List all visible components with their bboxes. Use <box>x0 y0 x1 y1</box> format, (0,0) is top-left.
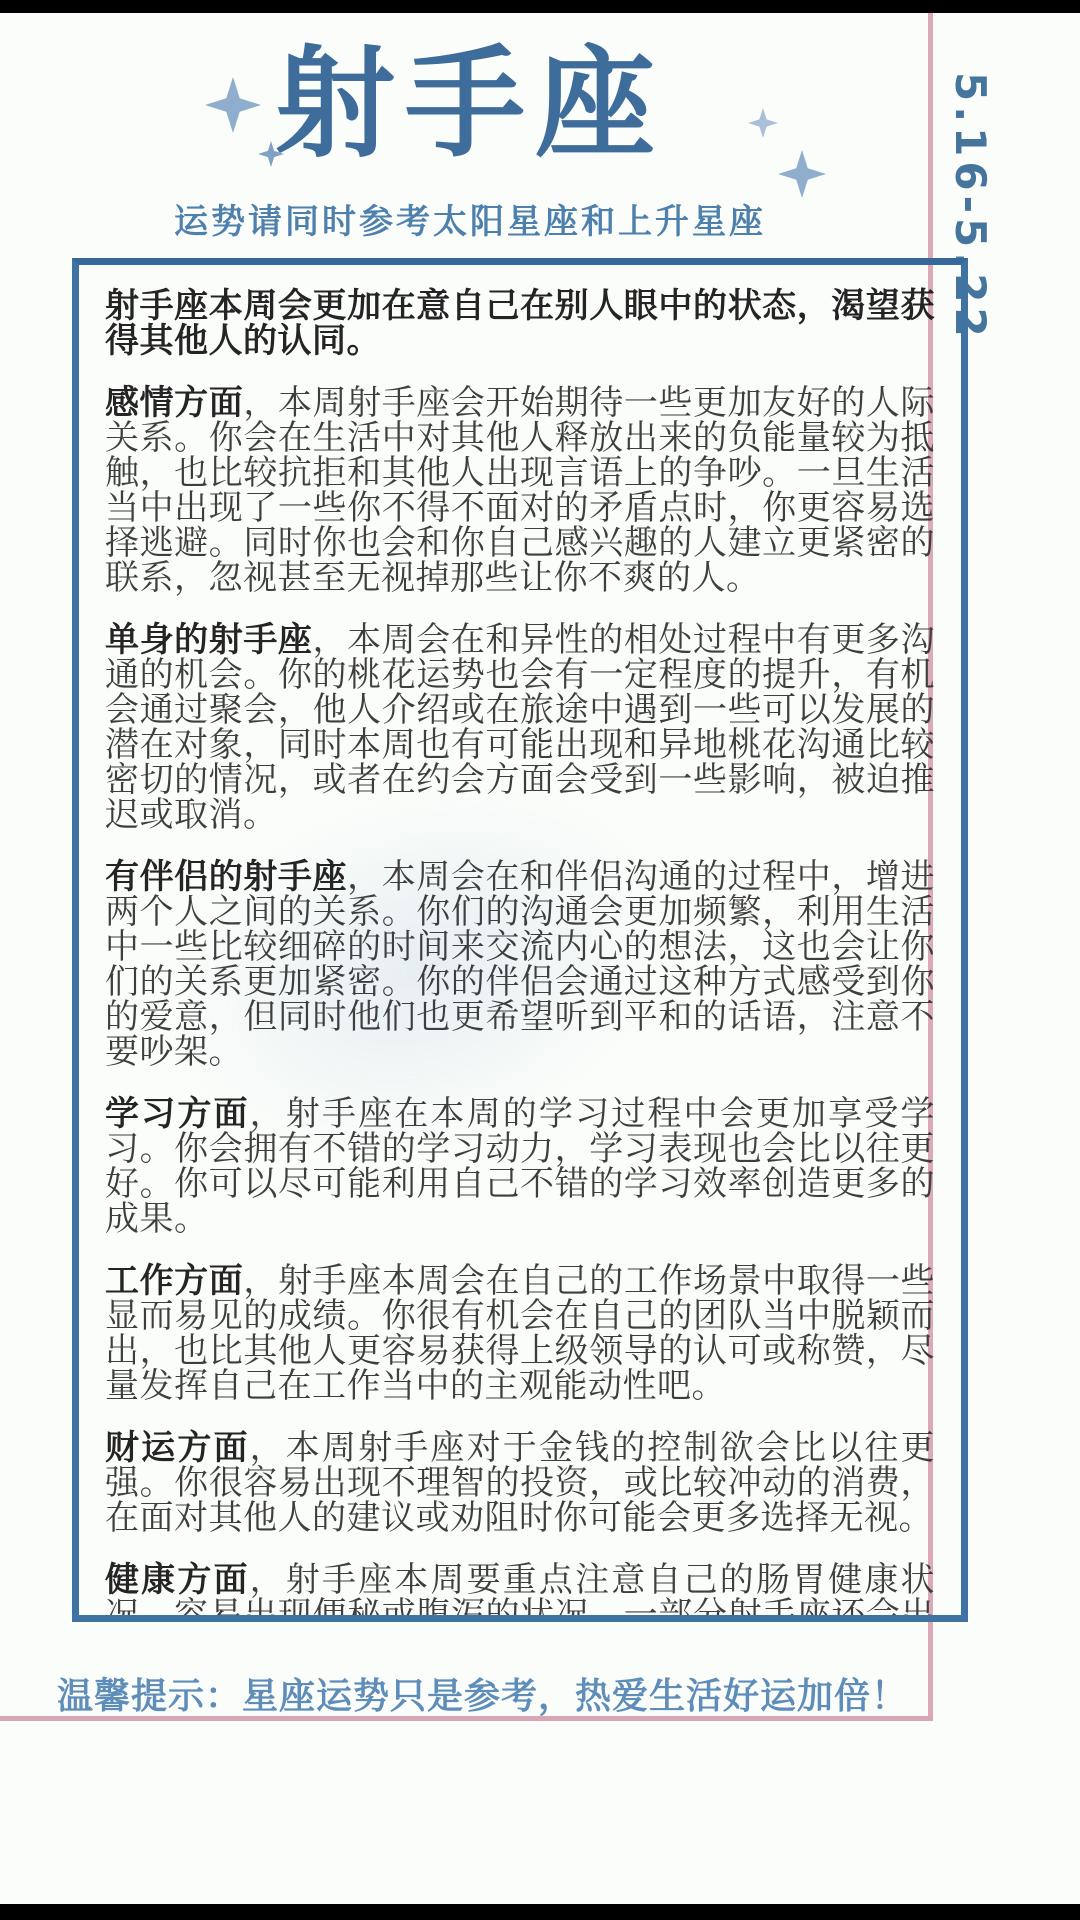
section-single-label: 单身的射手座 <box>105 620 313 660</box>
section-study-label: 学习方面 <box>105 1094 250 1134</box>
section-love-label: 感情方面 <box>105 383 243 423</box>
sparkle-icon <box>778 145 826 203</box>
section-love: 感情方面，本周射手座会开始期待一些更加友好的人际关系。你会在生活中对其他人释放出… <box>105 386 935 596</box>
section-health: 健康方面，射手座本周要重点注意自己的肠胃健康状况，容易出现便秘或腹泻的状况。一部… <box>105 1563 935 1622</box>
section-single: 单身的射手座，本周会在和异性的相处过程中有更多沟通的机会。你的桃花运势也会有一定… <box>105 623 935 833</box>
sparkle-icon <box>205 70 261 140</box>
footer-tip: 温馨提示：星座运势只是参考，热爱生活好运加倍！ <box>0 1668 908 1719</box>
section-coupled: 有伴侣的射手座，本周会在和伴侣沟通的过程中，增进两个人之间的关系。你们的沟通会更… <box>105 860 935 1070</box>
section-wealth-label: 财运方面 <box>105 1428 250 1468</box>
sparkle-icon <box>258 138 284 170</box>
section-coupled-label: 有伴侣的射手座 <box>105 857 347 897</box>
horoscope-poster: 射手座 运势请同时参考太阳星座和上升星座 5.16-5.22 射手座本周会更加在… <box>0 0 1080 1920</box>
header: 射手座 运势请同时参考太阳星座和上升星座 <box>0 30 940 243</box>
section-study: 学习方面，射手座在本周的学习过程中会更加享受学习。你会拥有不错的学习动力，学习表… <box>105 1097 935 1237</box>
bottom-letterbox-bar <box>0 1904 1080 1920</box>
lead-paragraph: 射手座本周会更加在意自己在别人眼中的状态，渴望获得其他人的认同。 <box>105 289 935 359</box>
section-wealth: 财运方面，本周射手座对于金钱的控制欲会比以往更强。你很容易出现不理智的投资，或比… <box>105 1431 935 1536</box>
horoscope-content-box: 射手座本周会更加在意自己在别人眼中的状态，渴望获得其他人的认同。 感情方面，本周… <box>72 258 968 1622</box>
sparkle-icon <box>748 105 778 141</box>
section-work: 工作方面，射手座本周会在自己的工作场景中取得一些显而易见的成绩。你很有机会在自己… <box>105 1264 935 1404</box>
section-health-label: 健康方面 <box>105 1560 250 1600</box>
section-work-label: 工作方面 <box>105 1261 243 1301</box>
top-letterbox-bar <box>0 0 1080 13</box>
